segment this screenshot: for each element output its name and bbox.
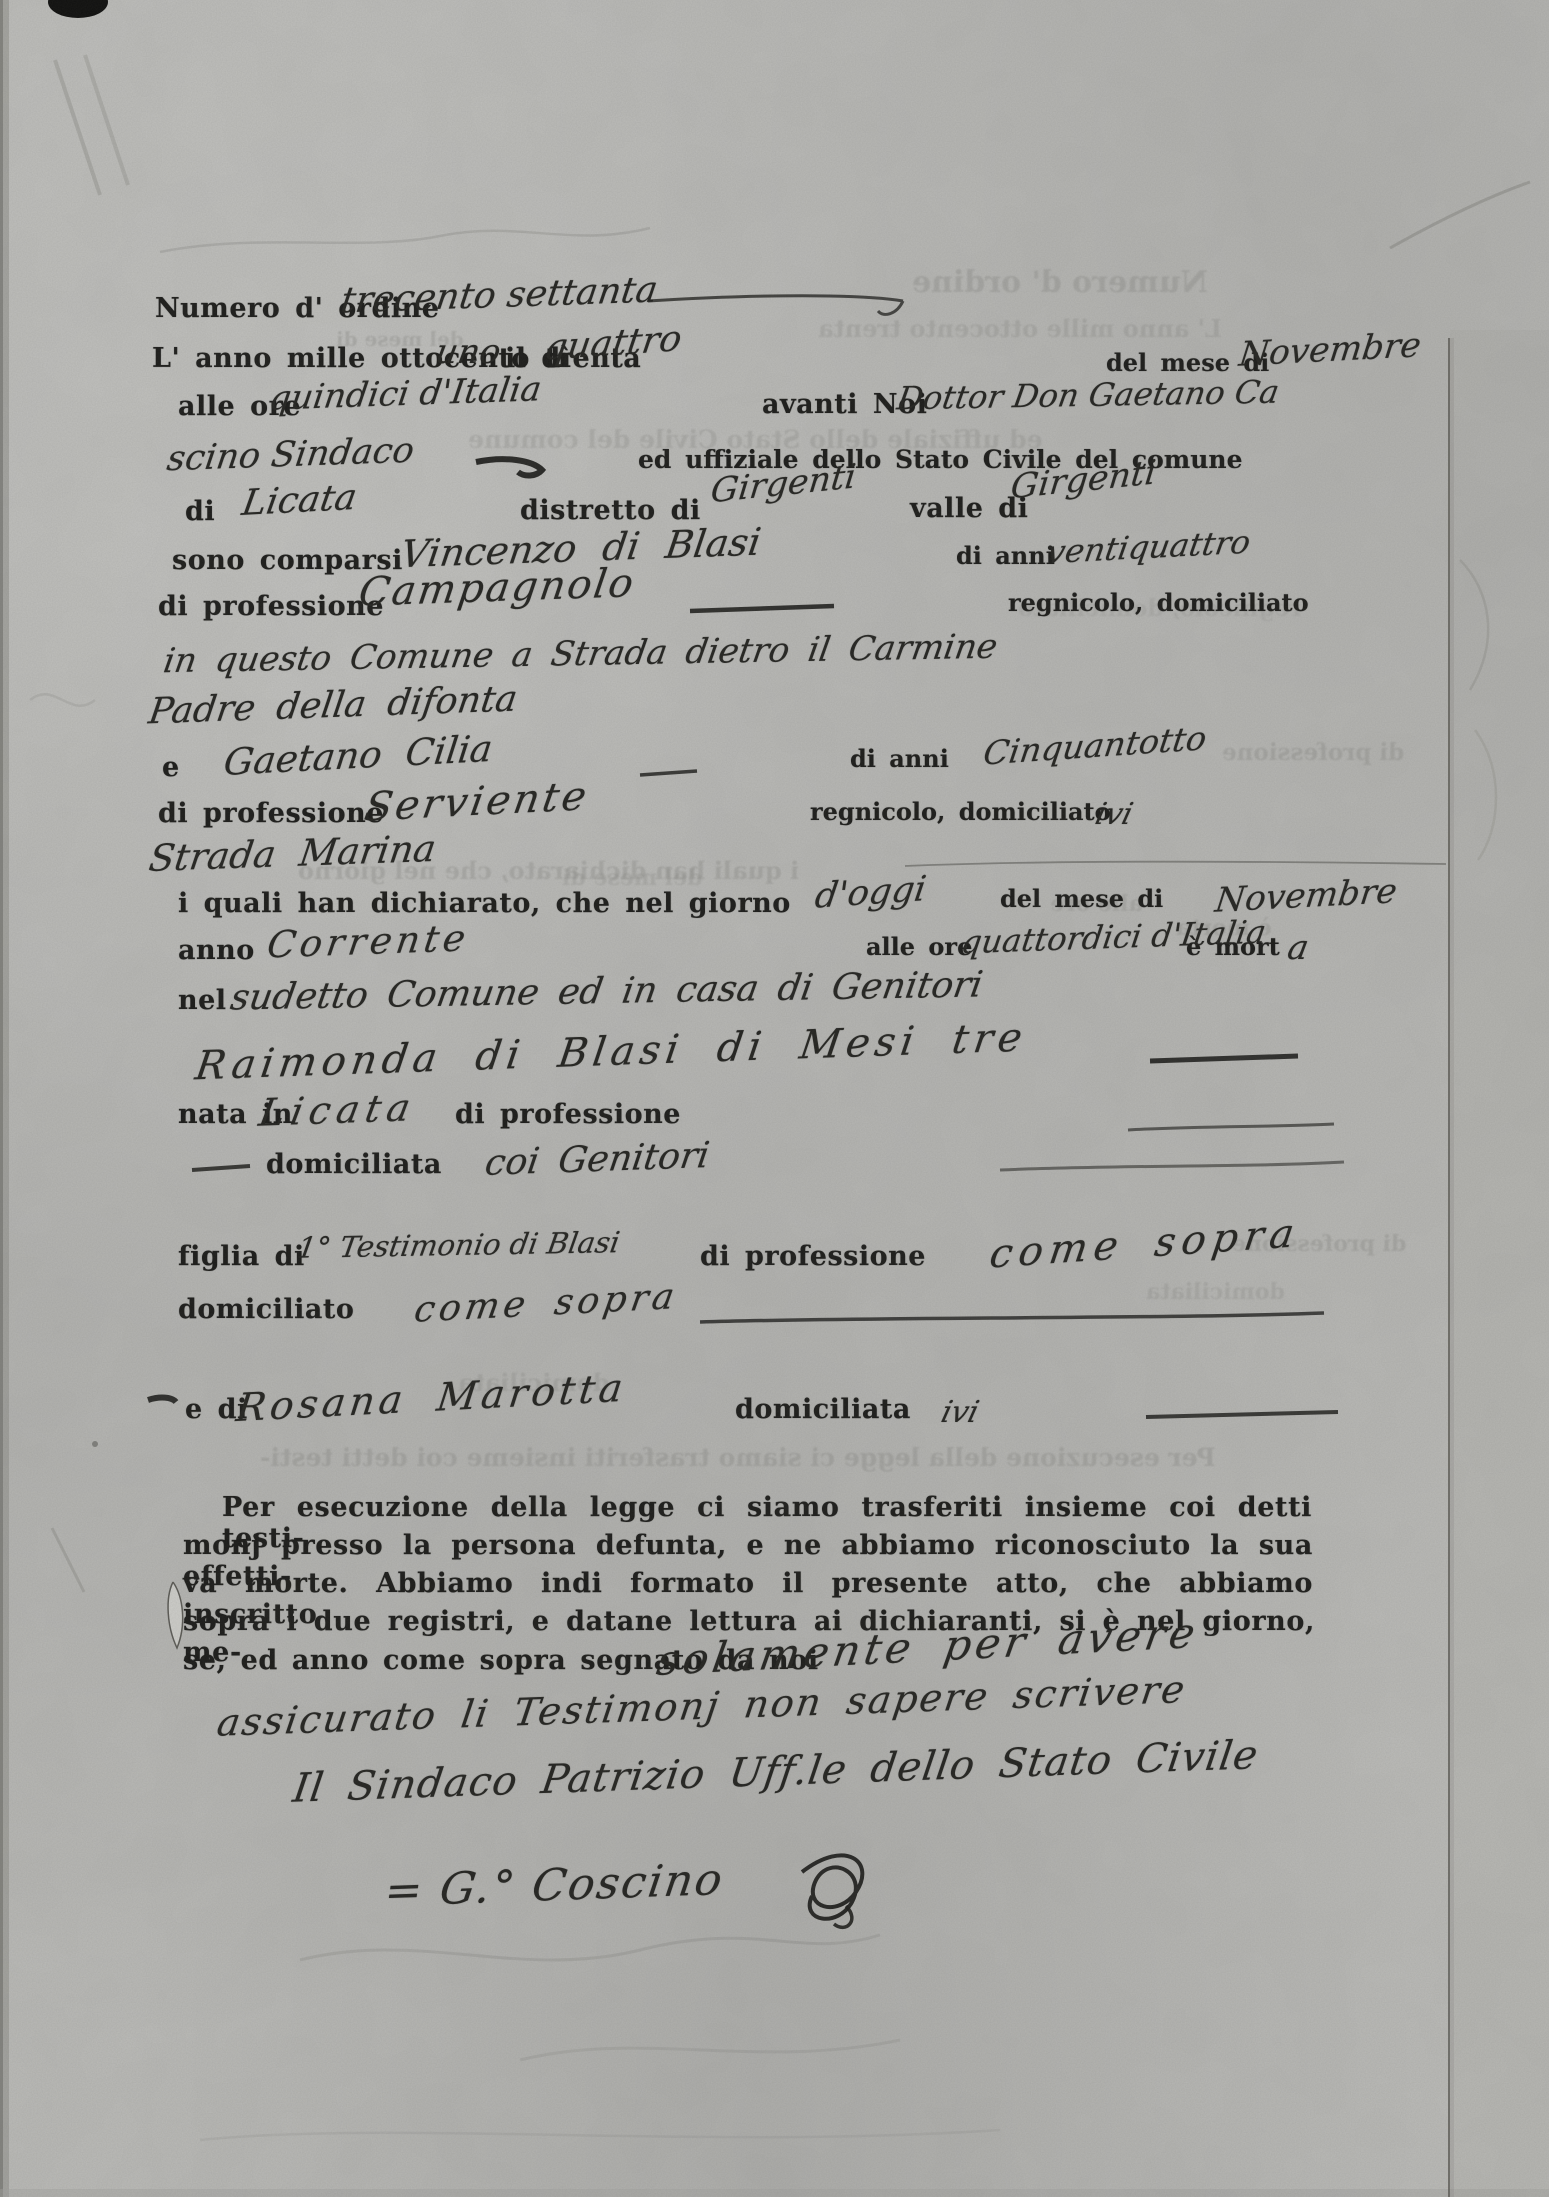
pencil-mark (52, 1528, 84, 1592)
bleed-line (905, 862, 1446, 866)
nel-label: nel (178, 986, 227, 1016)
ink-speck (92, 1441, 98, 1447)
regnicolo-domiciliato-label-1: regnicolo, domiciliato (1008, 590, 1309, 616)
left-page-edge (0, 0, 9, 2197)
hw-professione-padre: come sopra (987, 1211, 1303, 1276)
hw-ivi-2: ivi (938, 1396, 982, 1429)
ink-underline (700, 1313, 1324, 1322)
hw-anno-corrente: Corrente (265, 919, 472, 967)
domiciliata-label-2: domiciliata (735, 1395, 911, 1425)
bleedthrough-text: di professione (1222, 740, 1404, 765)
bleedthrough-text: L' anno mille ottocento trenta (818, 316, 1222, 342)
anno-label: anno (178, 936, 255, 966)
hw-firma-titolo: Il Sindaco Patrizio Uff.le dello Stato C… (290, 1733, 1261, 1810)
bleed-squiggle (1460, 560, 1488, 690)
hw-ivi-1: ivi (1092, 798, 1136, 831)
ink-dash (476, 459, 542, 475)
bleedthrough-text: Numero d' ordine (912, 266, 1208, 299)
paper-defect (168, 1582, 183, 1648)
pencil-mark (55, 60, 100, 195)
hw-luogo-morte: sudetto Comune ed in casa di Genitori (228, 965, 986, 1018)
hw-padre-difonta: Padre della difonta (146, 680, 520, 732)
di-anni-label-2: di anni (850, 746, 949, 772)
bleed-squiggle (30, 694, 95, 706)
ink-underline (1128, 1124, 1334, 1130)
pencil-mark (85, 55, 128, 185)
ink-blot-dash (148, 1398, 176, 1402)
hw-anno-uno: uno (433, 334, 504, 371)
e-label: e (162, 753, 180, 783)
ink-swash-line (648, 296, 903, 315)
hw-numero-ordine: trecento settanta (338, 271, 660, 322)
bleed-squiggle (1475, 730, 1496, 860)
hw-nata-licata: Licata (256, 1087, 420, 1134)
hw-morta-a: a (1285, 930, 1312, 967)
hw-domicilio-padre: come sopra (412, 1277, 681, 1330)
hw-domicilio-carmine: in questo Comune a Strada dietro il Carm… (161, 629, 1000, 681)
bottom-page-edge (0, 2189, 1549, 2197)
di-comune-label: di (185, 497, 215, 527)
ink-dash (192, 1166, 250, 1170)
signature-paraph-flourish (834, 1906, 852, 1927)
hw-firma-coscino: = G.° Coscino (382, 1856, 727, 1916)
signature-paraph-flourish (802, 1855, 862, 1918)
binding-ink-blob (48, 0, 108, 18)
hw-defunta-raimonda: Raimonda di Blasi di Mesi tre (193, 1016, 1030, 1089)
hw-ufficiale-dottor: Dottor Don Gaetano Ca (895, 375, 1282, 417)
hw-madre-rosana: Rosana Marotta (234, 1368, 629, 1431)
bleed-squiggle (1390, 182, 1530, 248)
di-professione-label-1: di professione (158, 592, 384, 622)
hw-giorno-oggi: d'oggi (813, 870, 929, 916)
right-page-band (1450, 330, 1549, 2197)
bleed-squiggle (160, 228, 650, 252)
hw-padre-testimonio: 1° Testimonio di Blasi (295, 1227, 622, 1264)
hw-comune-licata: Licata (239, 478, 359, 523)
ink-underline (1000, 1162, 1344, 1170)
distretto-di-label: distretto di (520, 496, 701, 526)
di-anni-label-1: di anni (956, 543, 1055, 569)
bleed-squiggle (300, 1935, 880, 1960)
bleedthrough-text: Per esecuzione della legge ci siamo tras… (260, 1444, 1216, 1472)
di-professione-label-3: di professione (455, 1100, 681, 1130)
hw-professione-serviente: Serviente (361, 774, 592, 830)
bleed-squiggle (200, 2130, 1000, 2140)
hw-ufficiale-scino: scino Sindaco (165, 432, 417, 479)
ink-dash (1146, 1412, 1338, 1417)
del-mese-di-label-2: del mese di (1000, 886, 1163, 912)
ink-dash (1150, 1056, 1298, 1061)
hw-coi-genitori: coi Genitori (483, 1136, 712, 1183)
dichiarato-label: i quali han dichiarato, che nel giorno (178, 889, 791, 919)
bleedthrough-text: domiciliata (1146, 1280, 1285, 1304)
scanned-death-record-page: Numero d' ordine L' anno mille ottocento… (0, 0, 1549, 2197)
ink-dash (640, 771, 697, 775)
ink-dash (690, 606, 834, 611)
di-professione-label-2: di professione (158, 799, 384, 829)
bleedthrough-text: del mese di (562, 866, 702, 890)
hw-ore-quindici: quindici d'Italia (267, 371, 544, 418)
hw-testimone-cilia: Gaetano Cilia (221, 729, 494, 784)
hw-eta-ventiquattro: ventiquattro (1044, 525, 1253, 571)
hw-eta-cinquantotto: Cinquantotto (981, 720, 1209, 772)
hw-giorno-quattro: quattro (541, 319, 684, 368)
domiciliato-label: domiciliato (178, 1295, 354, 1325)
alle-ore-label-2: alle ore (866, 934, 972, 960)
left-page-edge-dark (0, 0, 3, 2197)
bleed-squiggle (520, 2040, 900, 2060)
di-professione-label-4: di professione (700, 1242, 926, 1272)
domiciliata-label-1: domiciliata (266, 1150, 442, 1180)
regnicolo-domiciliato-label-2: regnicolo, domiciliato (810, 799, 1111, 825)
hw-professione-campagnolo: Campagnolo (356, 561, 638, 615)
figlia-di-label: figlia di (178, 1242, 305, 1272)
hw-mese-novembre-1: Novembre (1237, 327, 1423, 374)
